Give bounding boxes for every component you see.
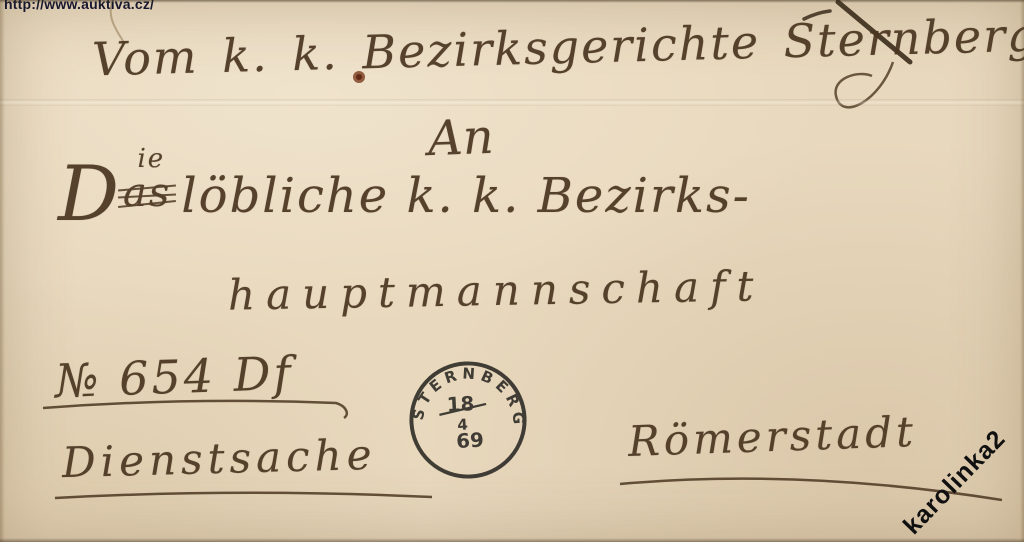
recipient-line-1: Dasielöbliche k. k. Bezirks- xyxy=(58,168,751,224)
struck-word: asie xyxy=(123,170,171,216)
scan-edge-bottom xyxy=(0,538,1024,542)
reference-number: № 654 Df xyxy=(54,346,294,408)
postmark-year: 69 xyxy=(456,429,485,453)
sender-line: Vom k. k. Bezirksgerichte Sternberg xyxy=(91,8,1024,87)
scan-edge-top xyxy=(0,0,1024,3)
envelope-scan: Vom k. k. Bezirksgerichte Sternberg An D… xyxy=(0,0,1024,542)
destination-name: Römerstadt xyxy=(627,407,917,466)
brand-watermark: karolinka2 xyxy=(880,420,1024,542)
underline-service xyxy=(55,493,432,498)
correction-above: ie xyxy=(137,144,165,174)
brand-watermark-text: karolinka2 xyxy=(898,424,1012,540)
postmark-stamp: STERNBERG 18 4 69 xyxy=(399,351,538,490)
recipient-line-2: hauptmannschaft xyxy=(228,261,765,319)
fold-crease xyxy=(0,99,1024,106)
initial-letter: D xyxy=(58,149,121,238)
struck-word-text: as xyxy=(123,170,171,216)
service-note: Dienstsache xyxy=(61,430,377,487)
scan-edge-right xyxy=(1020,0,1024,542)
salutation-an: An xyxy=(427,109,494,167)
recipient-line-1-rest: löbliche k. k. Bezirks- xyxy=(181,168,751,224)
scan-edge-left xyxy=(0,0,5,542)
